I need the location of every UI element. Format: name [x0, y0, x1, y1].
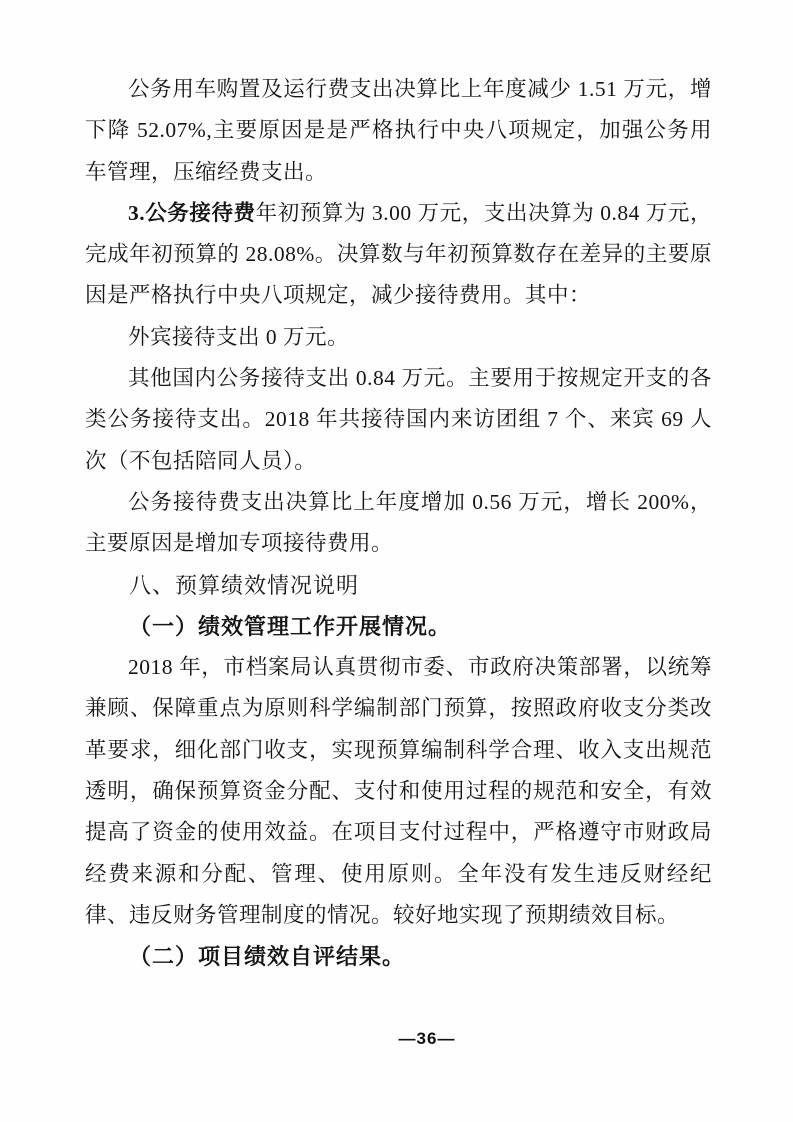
document-body: 公务用车购置及运行费支出决算比上年度减少 1.51 万元，增下降 52.07%,…: [85, 69, 712, 978]
subheading-project-self-evaluation: （二）项目绩效自评结果。: [85, 936, 712, 977]
paragraph-reception-budget: 3.公务接待费年初预算为 3.00 万元，支出决算为 0.84 万元，完成年初预…: [85, 193, 712, 317]
reception-fee-lead-label: 3.公务接待费: [128, 201, 256, 225]
page-number: —36—: [399, 1029, 456, 1049]
paragraph-vehicle-expense: 公务用车购置及运行费支出决算比上年度减少 1.51 万元，增下降 52.07%,…: [85, 69, 712, 193]
subheading-performance-management: （一）绩效管理工作开展情况。: [85, 606, 712, 647]
paragraph-foreign-guests: 外宾接待支出 0 万元。: [85, 317, 712, 358]
document-page: 公务用车购置及运行费支出决算比上年度减少 1.51 万元，增下降 52.07%,…: [0, 0, 793, 1122]
section-heading-budget-performance: 八、预算绩效情况说明: [85, 565, 712, 606]
paragraph-reception-change: 公务接待费支出决算比上年度增加 0.56 万元，增长 200%，主要原因是增加专…: [85, 482, 712, 565]
paragraph-domestic-reception: 其他国内公务接待支出 0.84 万元。主要用于按规定开支的各类公务接待支出。20…: [85, 358, 712, 482]
paragraph-performance-detail: 2018 年，市档案局认真贯彻市委、市政府决策部署，以统筹兼顾、保障重点为原则科…: [85, 647, 712, 936]
